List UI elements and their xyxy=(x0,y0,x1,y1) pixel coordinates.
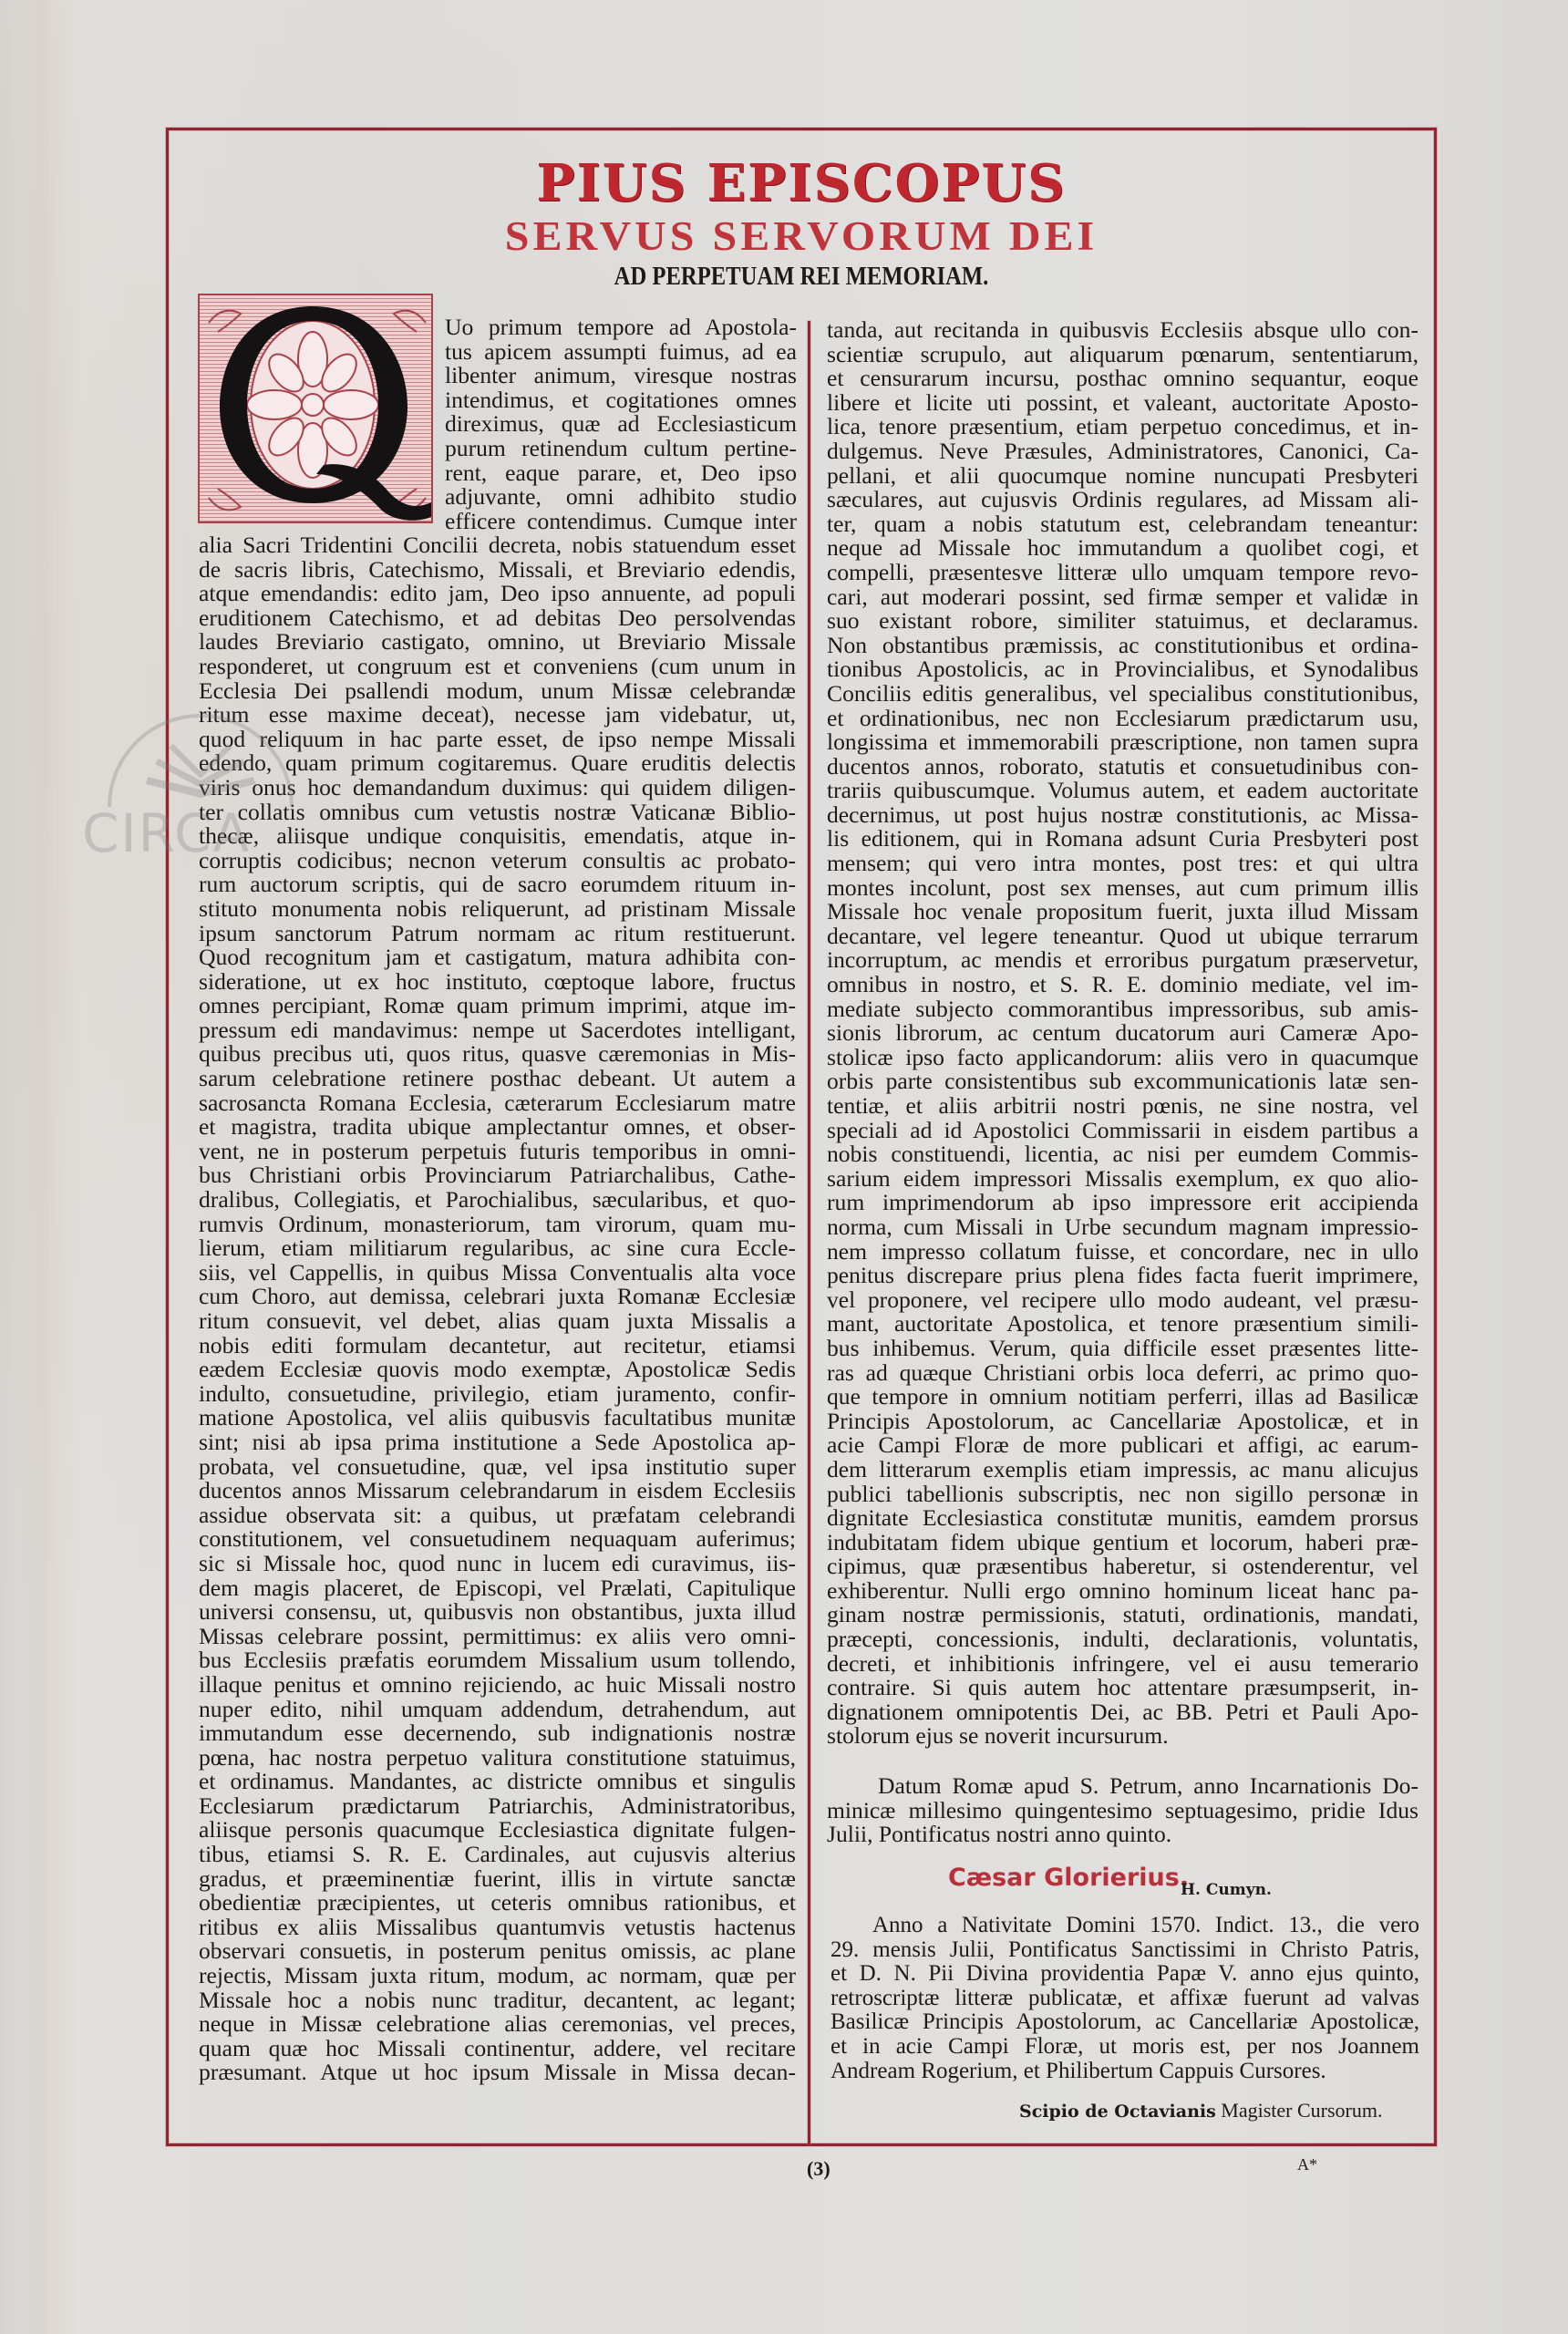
text-line: minicæ millesimo quingentesimo septuages… xyxy=(827,1799,1418,1823)
text-line: Missale hoc a nobis nunc traditur, decan… xyxy=(199,1988,796,2013)
text-line: stituto monumenta nobis reliquerunt, ad … xyxy=(199,897,796,922)
text-line: rum auctorum scriptis, qui de sacro eoru… xyxy=(199,873,796,897)
text-line: nobis editi formulam decantetur, aut rec… xyxy=(199,1334,796,1358)
text-line: Principis Apostolorum, ac Cancellariæ Ap… xyxy=(827,1410,1418,1434)
page-number: (3) xyxy=(807,2157,830,2181)
text-line: ritum consuevit, vel debet, alias quam j… xyxy=(199,1309,796,1334)
text-line: nobis constituendi, licentia, ac nisi pe… xyxy=(827,1142,1418,1167)
text-line: Julii, Pontificatus nostri anno quinto. xyxy=(827,1823,1418,1847)
text-line: dralibus, Collegiatis, et Parochialibus,… xyxy=(199,1188,796,1213)
text-line: stolicæ ipso facto applicandorum: aliis … xyxy=(827,1046,1418,1070)
magister-name: Scipio de Octavianis xyxy=(1019,2102,1216,2122)
text-line: matione Apostolica, vel aliis quibusvis … xyxy=(199,1406,796,1430)
text-line: suo existant robore, similiter statuimus… xyxy=(827,609,1418,634)
text-line: cum Choro, aut demissa, celebrari juxta … xyxy=(199,1285,796,1309)
text-line: ritibus ex aliis Missalibus quantumvis v… xyxy=(199,1916,796,1940)
text-line: sarium eidem impressori Missalis exemplu… xyxy=(827,1167,1418,1192)
page-title: PIUS EPISCOPUS xyxy=(166,153,1437,213)
text-line: mant, auctoritate Apostolica, et tenore … xyxy=(827,1312,1418,1337)
text-line: orbis parte consistentibus sub excommuni… xyxy=(827,1069,1418,1094)
text-line: quibus precibus uti, quos ritus, quasve … xyxy=(199,1042,796,1067)
text-line: gradus, et præeminentiæ fuerint, illis i… xyxy=(199,1867,796,1892)
text-line: immutandum esse decernendo, sub indignat… xyxy=(199,1721,796,1746)
text-line: Datum Romæ apud S. Petrum, anno Incarnat… xyxy=(827,1774,1418,1799)
text-line: lierum, etiam militiarum regularibus, ac… xyxy=(199,1236,796,1261)
publication-notice: Anno a Nativitate Domini 1570. Indict. 1… xyxy=(830,1914,1419,2083)
text-line: tus apicem assumpti fuimus, ad ea xyxy=(445,340,797,365)
dropcap-q-icon xyxy=(198,294,433,523)
text-line: bus Ecclesiis præfatis eorumdem Missaliu… xyxy=(199,1648,796,1673)
text-line: nuper edito, nihil umquam addendum, detr… xyxy=(199,1698,796,1722)
column-divider xyxy=(808,321,810,2144)
text-line: eædem Ecclesiæ quovis modo exemptæ, Apos… xyxy=(199,1358,796,1382)
text-line: nem impresso collatum fuisse, et concord… xyxy=(827,1240,1418,1265)
text-line: contraire. Si quis autem hoc attentare p… xyxy=(827,1676,1418,1700)
text-line: pellani, et alii quocumque nomine nuncup… xyxy=(827,464,1418,489)
text-line: indulto, consuetudine, privilegio, etiam… xyxy=(199,1382,796,1407)
text-line: efficere contendimus. Cumque inter xyxy=(445,510,797,534)
text-line: montes incolunt, post sex menses, aut cu… xyxy=(827,876,1418,901)
text-line: mediate subjecto commorantibus impressor… xyxy=(827,997,1418,1022)
signature-caesar-glorierius: Cæsar Glorierius. xyxy=(948,1864,1189,1892)
text-line: pressum edi mandavimus: nempe ut Sacerdo… xyxy=(199,1018,796,1043)
text-line: atque emendandis: edito jam, Deo ipso an… xyxy=(199,582,796,606)
text-line: ras ad quæque Christiani orbis loca defe… xyxy=(827,1361,1418,1386)
text-line: Uo primum tempore ad Apostola- xyxy=(445,315,797,340)
text-line: edendo, quam primum cogitaremus. Quare e… xyxy=(199,751,796,776)
text-line: Missas celebrare possint, permittimus: e… xyxy=(199,1625,796,1649)
text-line: Ecclesiarum prædictarum Patriarchis, Adm… xyxy=(199,1794,796,1819)
datum-paragraph: Datum Romæ apud S. Petrum, anno Incarnat… xyxy=(827,1774,1418,1847)
text-line: quam quæ hoc Missali continentur, addere… xyxy=(199,2037,796,2061)
signature-mark: A* xyxy=(1297,2155,1317,2174)
text-line: probata, vel consuetudine, quæ, vel ipsa… xyxy=(199,1455,796,1480)
text-line: sarum celebratione retinere posthac debe… xyxy=(199,1067,796,1091)
text-line: tionibus Apostolicis, ac in Provincialib… xyxy=(827,657,1418,682)
text-line: trariis quibuscumque. Volumus autem, et … xyxy=(827,779,1418,803)
text-line: omnibus in nostro, et S. R. E. dominio m… xyxy=(827,973,1418,997)
text-line: neque ad Missale hoc immutandum a quolib… xyxy=(827,536,1418,561)
text-line: corruptis codicibus; necnon veterum cons… xyxy=(199,849,796,873)
text-line: ducentos annos Missarum celebrandarum in… xyxy=(199,1479,796,1503)
text-line: decreti, et inhibitionis infringere, vel… xyxy=(827,1652,1418,1677)
page-motto: AD PERPETUAM REI MEMORIAM. xyxy=(242,263,1361,292)
text-line: penitus discrepare prius plena fides fac… xyxy=(827,1264,1418,1288)
text-line: lis editionem, qui in Romana adsunt Curi… xyxy=(827,827,1418,852)
text-line: sionis librorum, ac centum ducatorum aur… xyxy=(827,1021,1418,1046)
text-line: Missale hoc venale propositum fuerit, ju… xyxy=(827,900,1418,924)
text-line: rum imprimendorum ab ipso impressore eri… xyxy=(827,1191,1418,1215)
text-line: ducentos annos, roborato, statutis et co… xyxy=(827,755,1418,780)
text-line: incorruptum, ac mendis et erroribus purg… xyxy=(827,948,1418,973)
text-line: indubitatam fidem ubique gentium et loco… xyxy=(827,1531,1418,1555)
text-line: universi consensu, ut, quibusvis non obs… xyxy=(199,1600,796,1625)
text-line: observari consuetis, in posterum penitus… xyxy=(199,1939,796,1964)
text-line: stolorum ejus se noverit incursurum. xyxy=(827,1724,1418,1749)
text-line: compelli, præsentesve litteræ ullo umqua… xyxy=(827,561,1418,585)
text-line: obedientiæ præcipientes, ut ceteris omni… xyxy=(199,1891,796,1916)
text-line: Quod recognitum jam et castigatum, matur… xyxy=(199,945,796,970)
text-line: que tempore in omnium notitiam perferri,… xyxy=(827,1385,1418,1410)
text-line: tentiæ, et aliis arbitrii nostri pœnis, … xyxy=(827,1094,1418,1119)
text-line: decernimus, ut post hujus nostræ constit… xyxy=(827,803,1418,828)
signature-initials: H. Cumyn. xyxy=(1181,1881,1272,1899)
text-line: scientiæ scrupulo, aut aliquarum pœnarum… xyxy=(827,343,1418,367)
text-line: et in acie Campi Floræ, ut moris est, pe… xyxy=(830,2035,1419,2060)
text-line: retroscriptæ litteræ publicatæ, et affix… xyxy=(830,1987,1419,2011)
page-subtitle: SERVUS SERVORUM DEI xyxy=(166,212,1437,260)
text-line: et D. N. Pii Divina providentia Papæ V. … xyxy=(830,1962,1419,1987)
text-line: purum retinendum cultum pertine- xyxy=(445,437,797,461)
text-line: publici tabellionis subscriptis, nec non… xyxy=(827,1482,1418,1507)
text-line: Basilicæ Principis Apostolorum, ac Cance… xyxy=(830,2010,1419,2035)
text-line: dignitate Ecclesiastica constitutæ munit… xyxy=(827,1506,1418,1531)
text-line: viris onus hoc demandandum duximus: qui … xyxy=(199,776,796,800)
text-line: rejectis, Missam juxta ritum, modum, ac … xyxy=(199,1964,796,1988)
text-line: lica, tenore præsentium, etiam perpetuo … xyxy=(827,415,1418,439)
text-line: ritum esse maxime deceat), necesse jam v… xyxy=(199,703,796,728)
text-line: tanda, aut recitanda in quibusvis Eccles… xyxy=(827,318,1418,343)
text-line: mensem; qui vero intra montes, post tres… xyxy=(827,852,1418,876)
text-line: bus inhibemus. Verum, quia difficile ess… xyxy=(827,1337,1418,1361)
ornamental-initial-icon xyxy=(200,295,433,523)
text-line: sideratione, ut ex hoc instituto, cœptoq… xyxy=(199,970,796,995)
text-line: 29. mensis Julii, Pontificatus Sanctissi… xyxy=(830,1938,1419,1963)
paper-edge-stain xyxy=(18,0,82,2334)
text-line: norma, cum Missali in Urbe secundum magn… xyxy=(827,1215,1418,1240)
magister-signature: Scipio de Octavianis Magister Cursorum. xyxy=(1019,2099,1383,2122)
text-line: pœna, hac nostra perpetuo valitura const… xyxy=(199,1746,796,1771)
text-line: vent, ne in posterum perpetuis futuris t… xyxy=(199,1140,796,1164)
text-line: laudes Breviario castigato, omnino, ut B… xyxy=(199,630,796,655)
text-line: cari, aut moderari possint, sed firmæ se… xyxy=(827,585,1418,610)
text-line: longissima et immemorabili præscriptione… xyxy=(827,730,1418,755)
text-line: speciali ad id Apostolici Commissarii in… xyxy=(827,1119,1418,1143)
text-line: constitutionem, vel consuetudinem nequaq… xyxy=(199,1527,796,1552)
text-line: de sacris libris, Catechismo, Missali, e… xyxy=(199,558,796,583)
text-line: libenter animum, viresque nostras xyxy=(445,364,797,388)
text-line: vel proponere, vel recipere ullo modo au… xyxy=(827,1288,1418,1313)
text-line: exhiberentur. Nulli ergo omnino hominum … xyxy=(827,1579,1418,1604)
text-line: tibus, etiamsi S. R. E. Cardinales, aut … xyxy=(199,1843,796,1867)
text-line: cipimus, quæ præsentibus haberetur, si o… xyxy=(827,1554,1418,1579)
text-line: sic si Missale hoc, quod nunc in lucem e… xyxy=(199,1552,796,1576)
text-line: dem magis placeret, de Episcopi, vel Præ… xyxy=(199,1576,796,1601)
text-line: sint; nisi ab ipsa prima institutione a … xyxy=(199,1430,796,1455)
text-line: Conciliis editis generalibus, vel specia… xyxy=(827,682,1418,707)
text-line: illaque penitus et omnino rejiciendo, ac… xyxy=(199,1673,796,1698)
text-line: Anno a Nativitate Domini 1570. Indict. 1… xyxy=(830,1914,1419,1938)
text-line: ipsum sanctorum Patrum normam ac ritum r… xyxy=(199,922,796,946)
text-line: et ordinationibus, nec non Ecclesiarum p… xyxy=(827,707,1418,731)
text-line: ter collatis omnibus cum vetustis nostræ… xyxy=(199,800,796,825)
text-line: Non obstantibus præmissis, ac constituti… xyxy=(827,634,1418,658)
text-line: direximus, quæ ad Ecclesiasticum xyxy=(445,412,797,437)
text-line: aliisque personis quacumque Ecclesiastic… xyxy=(199,1818,796,1843)
text-line: libere et licite uti possint, et valeant… xyxy=(827,391,1418,416)
text-line: sæculares, aut cujusvis Ordinis regulare… xyxy=(827,488,1418,512)
text-line: et censurarum incursu, posthac omnino se… xyxy=(827,367,1418,391)
text-line: alia Sacri Tridentini Concilii decreta, … xyxy=(199,533,796,558)
text-line: neque in Missæ celebratione alias ceremo… xyxy=(199,2012,796,2037)
text-line: ginam nostræ permissionis, statuti, ordi… xyxy=(827,1603,1418,1627)
text-line: et ordinamus. Mandantes, ac districte om… xyxy=(199,1770,796,1794)
text-line: quod reliquum in hac parte esset, de ips… xyxy=(199,728,796,752)
text-line: Andream Rogerium, et Philibertum Cappuis… xyxy=(830,2060,1419,2084)
lead-paragraph: Uo primum tempore ad Apostola- tus apice… xyxy=(445,315,797,533)
text-line: dignationem omnipotentis Dei, ac BB. Pet… xyxy=(827,1700,1418,1725)
text-line: dem litterarum exemplis etiam impressis,… xyxy=(827,1458,1418,1482)
text-line: decantare, vel legere teneantur. Quod ut… xyxy=(827,924,1418,949)
text-line: præsumant. Atque ut hoc ipsum Missale in… xyxy=(199,2060,796,2085)
magister-title: Magister Cursorum. xyxy=(1221,2099,1382,2122)
text-line: sacrosancta Romana Ecclesia, cæterarum E… xyxy=(199,1091,796,1116)
text-line: thecæ, aliisque undique conquisitis, eme… xyxy=(199,824,796,849)
text-line: rent, eaque parare, et, Deo ipso xyxy=(445,461,797,486)
text-line: et magistra, tradita ubique amplectantur… xyxy=(199,1115,796,1140)
left-column: alia Sacri Tridentini Concilii decreta, … xyxy=(199,533,796,2085)
text-line: intendimus, et cogitationes omnes xyxy=(445,388,797,413)
text-line: siis, vel Cappellis, in quibus Missa Con… xyxy=(199,1261,796,1286)
text-line: adjuvante, omni adhibito studio xyxy=(445,485,797,510)
text-line: responderet, ut congruum est et convenie… xyxy=(199,655,796,679)
text-line: omnes percipiant, Romæ quam primum impri… xyxy=(199,994,796,1018)
text-line: eruditionem Catechismo, et ad debitas De… xyxy=(199,606,796,631)
right-column: tanda, aut recitanda in quibusvis Eccles… xyxy=(827,318,1418,1749)
text-line: assidue observata sit: a quibus, ut præf… xyxy=(199,1503,796,1528)
text-line: rumvis Ordinum, monasteriorum, tam viror… xyxy=(199,1213,796,1237)
text-line: dulgemus. Neve Præsules, Administratores… xyxy=(827,439,1418,464)
text-line: Ecclesia Dei psallendi modum, unum Missæ… xyxy=(199,679,796,704)
text-line: præcepti, concessionis, indulti, declara… xyxy=(827,1627,1418,1652)
text-line: bus Christiani orbis Provinciarum Patria… xyxy=(199,1163,796,1188)
text-line: acie Campi Floræ de more publicari et af… xyxy=(827,1433,1418,1458)
text-line: ter, quam a nobis statutum est, celebran… xyxy=(827,512,1418,537)
